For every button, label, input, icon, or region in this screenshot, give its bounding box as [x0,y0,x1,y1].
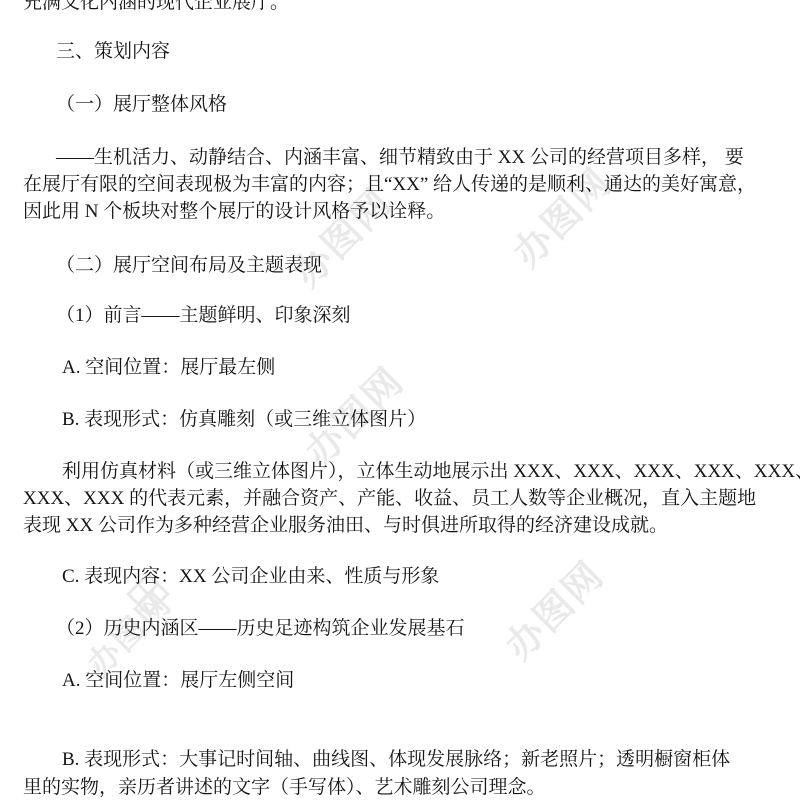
list-item: B. 表现形式：仿真雕刻（或三维立体图片） [62,408,426,431]
body-line: XXX、XXX 的代表元素，并融合资产、产能、收益、员工人数等企业概况，直入主题… [23,487,756,510]
body-line: 表现 XX 公司作为多种经营企业服务油田、与时俱进所取得的经济建设成就。 [23,514,668,537]
body-line: 里的实物，亲历者讲述的文字（手写体）、艺术雕刻公司理念。 [23,776,546,799]
list-item: A. 空间位置：展厅最左侧 [62,356,275,379]
sub-heading: （一）展厅整体风格 [56,93,227,116]
body-line: 在展厅有限的空间表现极为丰富的内容；且“XX” 给人传递的是顺利、通达的美好寓意… [23,173,756,196]
watermark: 办图网 [490,546,614,670]
body-line: 利用仿真材料（或三维立体图片），立体生动地展示出 XXX、XXX、XXX、XXX… [62,460,800,483]
list-item: C. 表现内容：XX 公司企业由来、性质与形象 [62,565,439,588]
clipped-top-line: 充满文化内涵的现代企业展厅。 [23,0,289,14]
sub-heading: （二）展厅空间布局及主题表现 [56,254,322,277]
section-heading: 三、策划内容 [56,40,170,63]
body-line: ——生机活力、动静结合、内涵丰富、细节精致由于 XX 公司的经营项目多样， 要 [56,146,744,169]
body-line: 因此用 N 个板块对整个展厅的设计风格予以诠释。 [23,200,445,223]
sub-heading: （2）历史内涵区——历史足迹构筑企业发展基石 [56,617,465,640]
watermark: 办图网 [498,153,622,277]
list-item: A. 空间位置：展厅左侧空间 [62,669,294,692]
sub-heading: （1）前言——主题鲜明、印象深刻 [56,304,351,327]
document-page: 办图网 办图网 办图网 办图网 办图网 充满文化内涵的现代企业展厅。 三、策划内… [0,0,800,800]
list-item: B. 表现形式：大事记时间轴、曲线图、体现发展脉络；新老照片；透明橱窗柜体 [62,748,730,771]
